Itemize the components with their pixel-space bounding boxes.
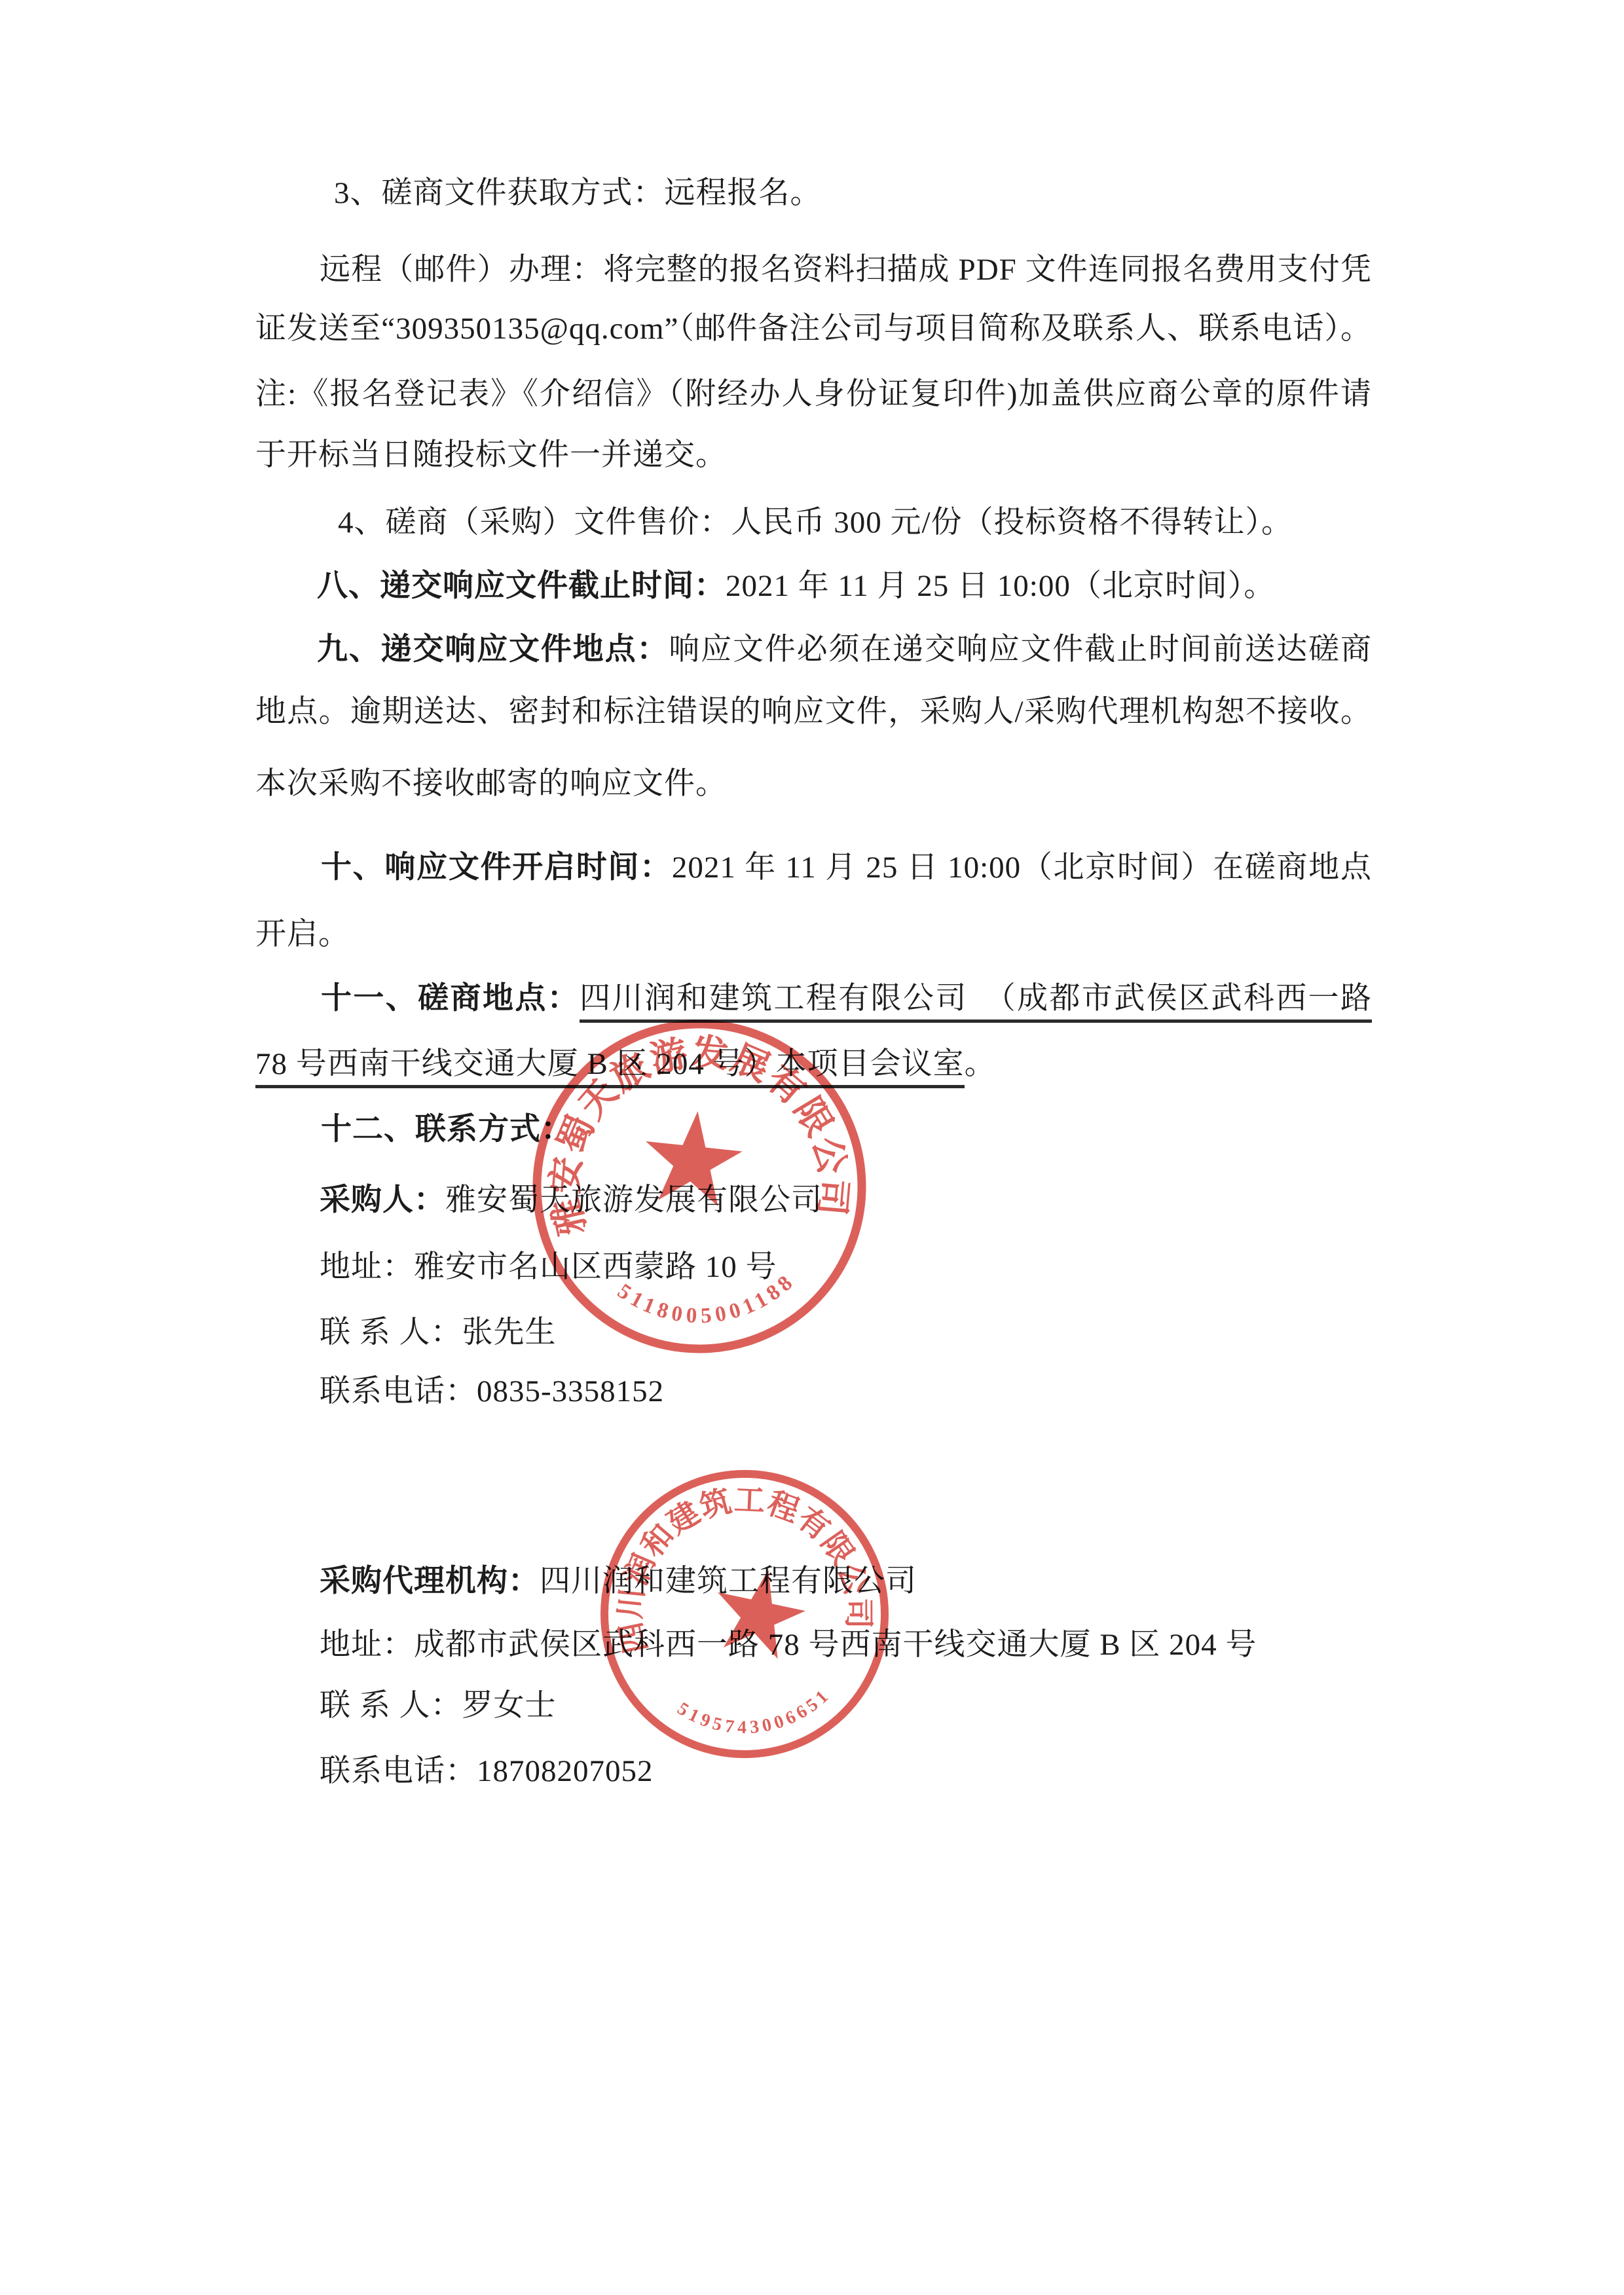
text-segment: 2021 年 11 月 25 日 10:00（北京时间）在磋商地点 [672,851,1372,885]
agency-seal-graphic: 四川润和建筑工程有限公司 5195743006651 [583,1452,907,1776]
field-label: 采购代理机构： [320,1564,540,1598]
star-icon [640,1106,746,1208]
purchaser-seal-graphic: 雅安蜀天旅游发展有限公司 5118005001188 [517,1004,881,1368]
text-segment: 远程（邮件）办理：将完整的报名资料扫描成 PDF 文件连同报名费用支付凭 [320,253,1372,287]
document-page: 3、磋商文件获取方式：远程报名。 远程（邮件）办理：将完整的报名资料扫描成 PD… [0,0,1624,2295]
text-segment: 联系电话：18708207052 [320,1754,654,1788]
field-label: 八、递交响应文件截止时间： [317,569,726,603]
line-submit-place-1: 九、递交响应文件地点：响应文件必须在递交响应文件截止时间前送达磋商 [317,629,1372,670]
line-note-1: 注:《报名登记表》《介绍信》（附经办人身份证复印件)加盖供应商公章的原件请 [255,374,1372,414]
seal-number-textpath: 5118005001188 [612,1267,803,1334]
text-segment: 。 [965,1047,996,1081]
text-segment: 开启。 [255,917,350,951]
text-segment: 4、磋商（采购）文件售价：人民币 300 元/份（投标资格不得转让）。 [338,505,1293,540]
field-label: 十一、磋商地点： [321,982,580,1016]
text-segment: 联 系 人：张先生 [320,1315,557,1349]
line-purchaser-phone: 联系电话：0835-3358152 [320,1371,1372,1412]
text-segment: 响应文件必须在递交响应文件截止时间前送达磋商 [669,633,1372,667]
text-segment: 联系电话：0835-3358152 [320,1374,664,1408]
text-segment: 注:《报名登记表》《介绍信》（附经办人身份证复印件)加盖供应商公章的原件请 [255,377,1372,411]
line-file-acquisition: 3、磋商文件获取方式：远程报名。 [334,173,1372,213]
field-label: 九、递交响应文件地点： [317,633,669,667]
text-segment: 于开标当日随投标文件一并递交。 [255,438,727,472]
star-icon [707,1560,812,1662]
text-segment: 地点。逾期送达、密封和标注错误的响应文件，采购人/采购代理机构恕不接收。 [255,695,1372,729]
line-deadline: 八、递交响应文件截止时间：2021 年 11 月 25 日 10:00（北京时间… [317,566,1372,606]
text-segment: 证发送至“309350135@qq.com”（邮件备注公司与项目简称及联系人、联… [255,312,1372,346]
agency-seal: 四川润和建筑工程有限公司 5195743006651 [583,1452,907,1776]
line-remote-apply-2: 证发送至“309350135@qq.com”（邮件备注公司与项目简称及联系人、联… [255,308,1372,349]
field-label: 采购人： [320,1183,445,1217]
text-segment: 本次采购不接收邮寄的响应文件。 [255,767,727,801]
line-submit-place-3: 本次采购不接收邮寄的响应文件。 [255,763,1372,804]
text-segment: 联 系 人：罗女士 [320,1689,557,1723]
text-segment: 3、磋商文件获取方式：远程报名。 [334,176,822,210]
line-agency-phone: 联系电话：18708207052 [320,1751,1372,1791]
line-file-price: 4、磋商（采购）文件售价：人民币 300 元/份（投标资格不得转让）。 [338,502,1372,543]
line-note-2: 于开标当日随投标文件一并递交。 [255,435,1372,475]
field-label: 十、响应文件开启时间： [321,851,672,885]
seal-number-text: 5118005001188 [612,1267,803,1334]
line-submit-place-2: 地点。逾期送达、密封和标注错误的响应文件，采购人/采购代理机构恕不接收。 [255,691,1372,732]
line-open-time-2: 开启。 [255,914,1372,955]
purchaser-seal: 雅安蜀天旅游发展有限公司 5118005001188 [517,1004,881,1368]
line-open-time-1: 十、响应文件开启时间：2021 年 11 月 25 日 10:00（北京时间）在… [321,847,1372,888]
text-segment: 2021 年 11 月 25 日 10:00（北京时间）。 [726,569,1275,603]
line-remote-apply-1: 远程（邮件）办理：将完整的报名资料扫描成 PDF 文件连同报名费用支付凭 [320,249,1372,290]
